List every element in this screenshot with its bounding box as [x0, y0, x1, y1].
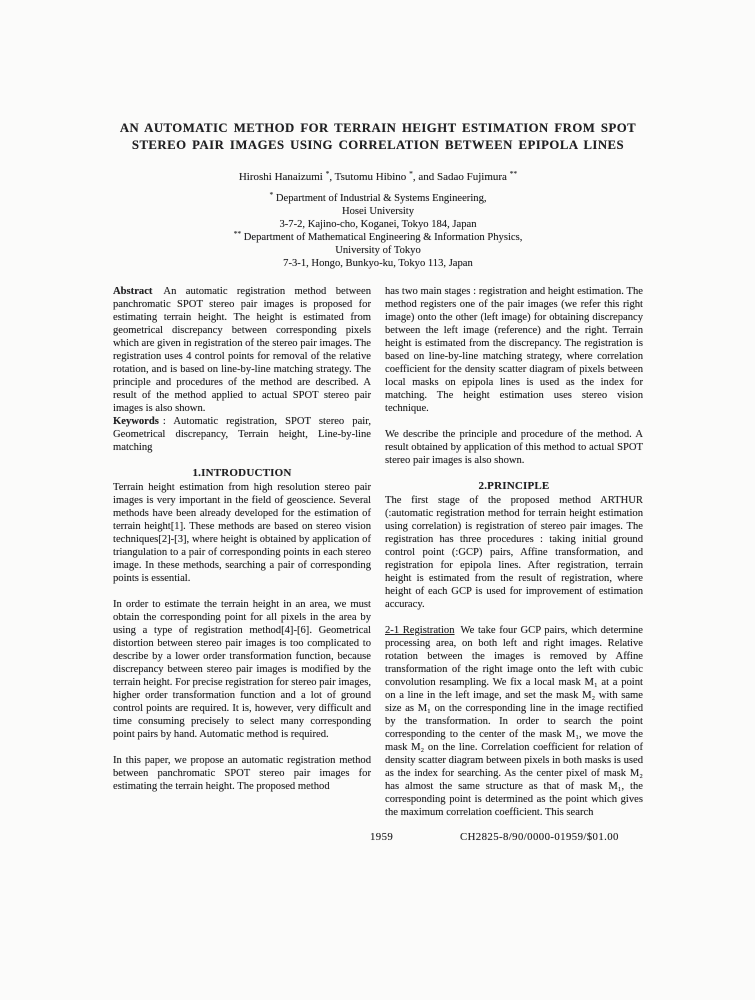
- affiliation-text: Hosei University: [342, 206, 414, 217]
- affiliation-line: 7-3-1, Hongo, Bunkyo-ku, Tokyo 113, Japa…: [113, 257, 643, 270]
- page-number: 1959: [370, 831, 393, 843]
- principle-paragraph-1: The first stage of the proposed method A…: [385, 494, 643, 611]
- affiliation-text: University of Tokyo: [335, 245, 421, 256]
- affiliation-text: 7-3-1, Hongo, Bunkyo-ku, Tokyo 113, Japa…: [283, 258, 473, 269]
- affiliation-line: 3-7-2, Kajino-cho, Koganei, Tokyo 184, J…: [113, 218, 643, 231]
- right-column: has two main stages : registration and h…: [385, 285, 643, 832]
- author: Hiroshi Hanaizumi *,: [239, 171, 335, 183]
- affiliation-line: * Department of Industrial & Systems Eng…: [113, 192, 643, 205]
- authors-line: Hiroshi Hanaizumi *, Tsutomu Hibino *, a…: [113, 171, 643, 183]
- affiliation-text: Department of Industrial & Systems Engin…: [273, 193, 486, 204]
- author-name: Sadao Fujimura: [437, 171, 510, 183]
- copyright-notice: CH2825-8/90/0000-01959/$01.00: [460, 831, 619, 843]
- author: Sadao Fujimura **: [437, 171, 517, 183]
- paper-page: AN AUTOMATIC METHOD FOR TERRAIN HEIGHT E…: [0, 0, 755, 1000]
- left-column: AbstractAn automatic registration method…: [113, 285, 371, 832]
- affiliation-line: University of Tokyo: [113, 244, 643, 257]
- registration-paragraph: 2-1 RegistrationWe take four GCP pairs, …: [385, 624, 643, 819]
- affiliation-text: Department of Mathematical Engineering &…: [241, 232, 522, 243]
- registration-label: 2-1 Registration: [385, 625, 455, 636]
- affiliation-text: 3-7-2, Kajino-cho, Koganei, Tokyo 184, J…: [279, 219, 476, 230]
- principle-heading: 2.PRINCIPLE: [385, 480, 643, 493]
- paper-title-line-1: AN AUTOMATIC METHOD FOR TERRAIN HEIGHT E…: [113, 120, 643, 137]
- author-separator: , and: [413, 171, 437, 183]
- author: Tsutomu Hibino *, and: [335, 171, 437, 183]
- introduction-continuation-paragraph: has two main stages : registration and h…: [385, 285, 643, 415]
- author-name: Hiroshi Hanaizumi: [239, 171, 326, 183]
- affiliation-line: ** Department of Mathematical Engineerin…: [113, 231, 643, 244]
- paper-title-line-2: STEREO PAIR IMAGES USING CORRELATION BET…: [113, 137, 643, 154]
- affiliation-line: Hosei University: [113, 205, 643, 218]
- introduction-paragraph-2: In order to estimate the terrain height …: [113, 598, 371, 741]
- author-mark: **: [510, 169, 518, 178]
- keywords-label: Keywords: [113, 416, 159, 427]
- abstract-text: An automatic registration method between…: [113, 286, 371, 414]
- keywords-paragraph: Keywords: Automatic registration, SPOT s…: [113, 415, 371, 454]
- author-name: Tsutomu Hibino: [335, 171, 409, 183]
- affiliations-block: * Department of Industrial & Systems Eng…: [113, 192, 643, 270]
- introduction-paragraph-1: Terrain height estimation from high reso…: [113, 481, 371, 585]
- abstract-label: Abstract: [113, 286, 152, 297]
- method-summary-paragraph: We describe the principle and procedure …: [385, 428, 643, 467]
- paper-content: AN AUTOMATIC METHOD FOR TERRAIN HEIGHT E…: [113, 0, 643, 832]
- body-columns: AbstractAn automatic registration method…: [113, 285, 643, 832]
- introduction-paragraph-3: In this paper, we propose an automatic r…: [113, 754, 371, 793]
- introduction-heading: 1.INTRODUCTION: [113, 467, 371, 480]
- abstract-paragraph: AbstractAn automatic registration method…: [113, 285, 371, 415]
- paper-title: AN AUTOMATIC METHOD FOR TERRAIN HEIGHT E…: [113, 120, 643, 154]
- registration-text: We take four GCP pairs, which determine …: [385, 625, 643, 818]
- affiliation-mark: **: [234, 229, 242, 238]
